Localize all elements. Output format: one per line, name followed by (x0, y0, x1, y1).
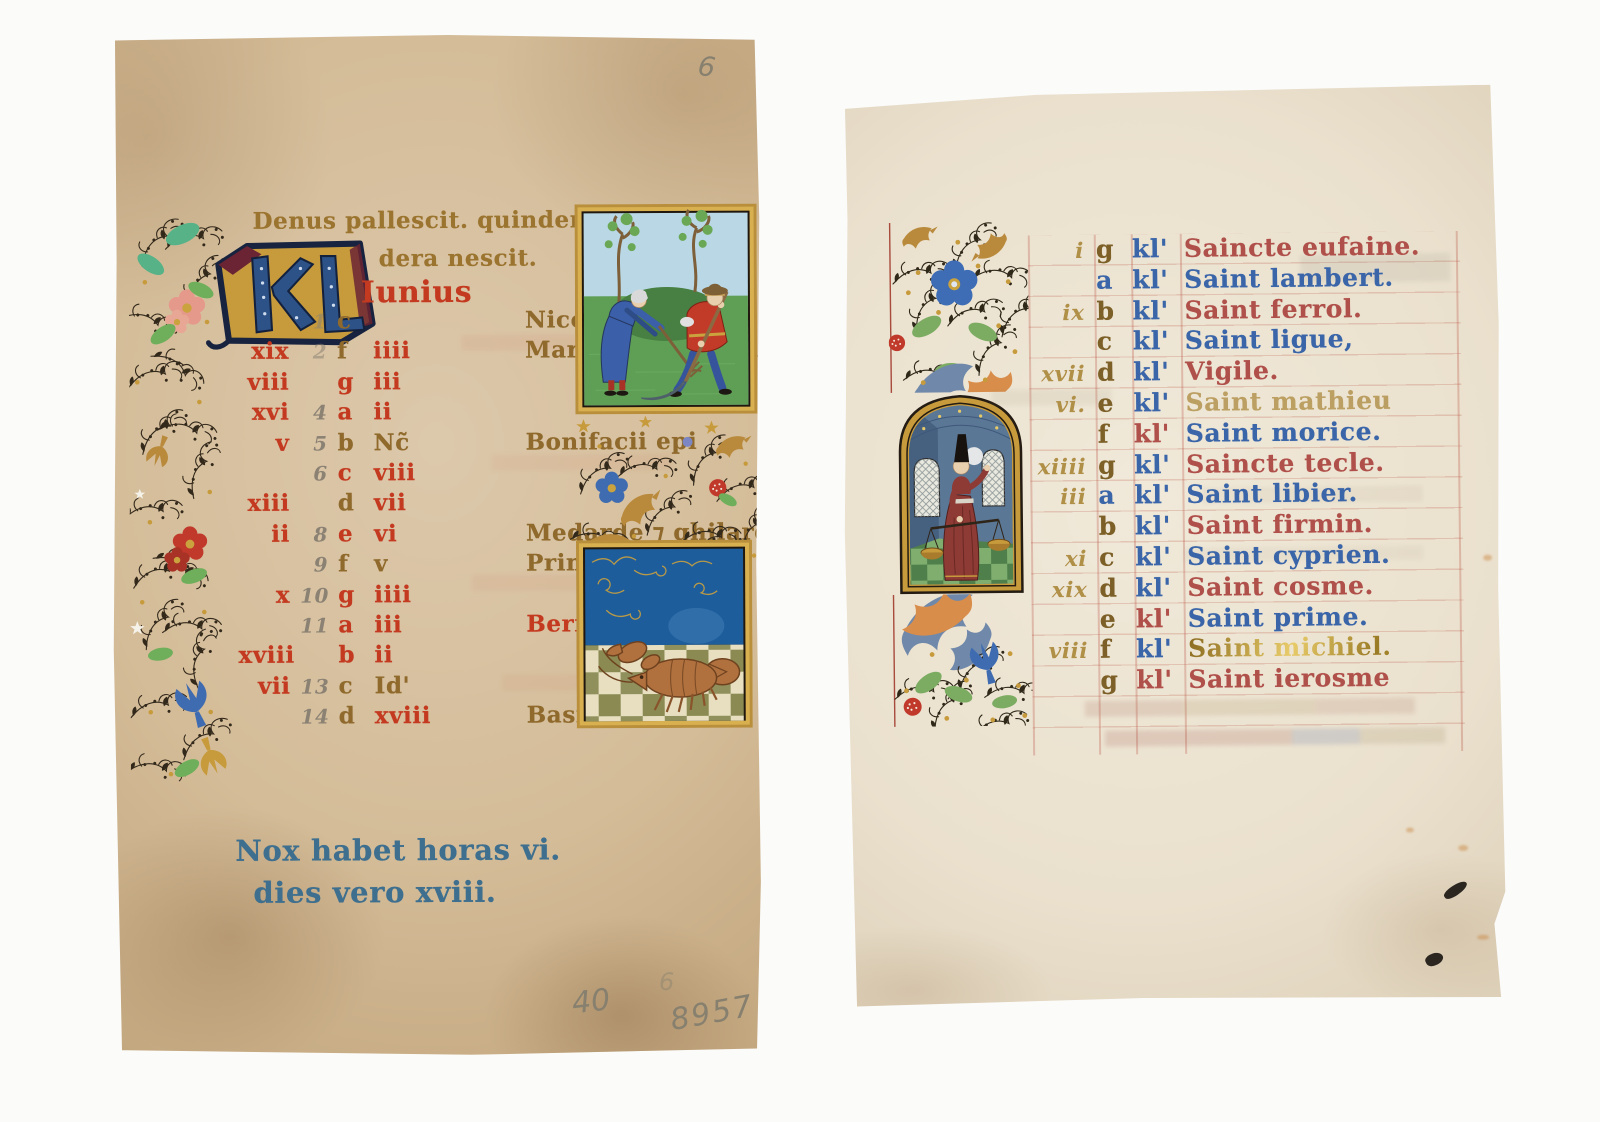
colophon-line2: dies vero xviii. (253, 875, 496, 910)
calendar-cell-kal: iiii (373, 337, 525, 365)
calendar-cell-num (1033, 535, 1099, 536)
pencil-mark-40: 40 (570, 982, 612, 1021)
calendar-cell-dl: e (1100, 604, 1136, 633)
calendar-cell-num: 1 (299, 309, 337, 333)
calendar-row: vi.ekl'Saint mathieu (1031, 385, 1461, 420)
calendar-cell-gn: viii (237, 368, 299, 395)
calendar-row: igkl'Saincte eufaine. (1030, 231, 1460, 266)
calendar-cell-dl: e (1097, 388, 1133, 417)
calendar-cell-gn: x (238, 581, 300, 608)
calendar-cell-dl: b (1096, 296, 1132, 325)
september-calendar-table: igkl'Saincte eufaine.akl'Saint lambert.i… (1030, 231, 1465, 697)
calendar-row: fkl'Saint morice. (1032, 416, 1462, 451)
foxing-spot (1406, 827, 1414, 832)
calendar-cell-feast: Saint libier. (1186, 477, 1462, 509)
calendar-cell-dl: c (1099, 542, 1135, 571)
calendar-cell-kal: viii (374, 459, 526, 487)
calendar-cell-gn: xviii (238, 642, 300, 669)
calendar-cell-kal: iiii (374, 580, 526, 608)
calendar-cell-dl: d (1099, 573, 1135, 602)
calendar-cell-num: 5 (299, 431, 337, 455)
calendar-cell-gn: v (237, 429, 299, 456)
calendar-cell-dl: a (338, 611, 374, 638)
calendar-cell-feast: Saint cyprien. (1187, 539, 1463, 571)
calendar-row: xickl'Saint cyprien. (1033, 539, 1463, 574)
calendar-cell-num: xiiii (1032, 454, 1098, 480)
calendar-cell-kal (373, 328, 525, 329)
calendar-cell-feast: Saint ierosme (1188, 662, 1464, 694)
month-heading: Iunius (361, 275, 473, 310)
calendar-cell-kl: kl' (1135, 542, 1187, 572)
calendar-cell-num (1031, 350, 1097, 351)
calendar-cell-num: xix (1033, 578, 1099, 604)
calendar-cell-dl: b (1099, 512, 1135, 541)
calendar-cell-num: 11 (300, 613, 338, 637)
calendar-cell-kl: kl' (1132, 234, 1184, 264)
calendar-cell-feast: Saint cosme. (1187, 570, 1463, 602)
calendar-cell-dl: d (338, 490, 374, 517)
calendar-cell-dl: g (1096, 234, 1132, 263)
calendar-cell-num: 14 (301, 705, 339, 729)
calendar-cell-dl: f (337, 338, 373, 365)
folio-number-pencil: 6 (696, 51, 717, 84)
ink-speck (1442, 878, 1469, 901)
calendar-row: ekl'Saint prime. (1034, 601, 1464, 636)
calendar-cell-kl: kl' (1132, 265, 1184, 295)
calendar-cell-feast: Saint michiel. (1188, 631, 1464, 663)
calendar-cell-kl: kl' (1134, 449, 1186, 479)
calendar-cell-num: 10 (300, 583, 338, 607)
calendar-cell-feast: Saint morice. (1186, 416, 1462, 448)
calendar-cell-num: vi. (1031, 393, 1097, 419)
left-manuscript-leaf: 6 (110, 34, 764, 1059)
calendar-cell-num: 8 (300, 522, 338, 546)
calendar-cell-dl: g (338, 581, 374, 608)
calendar-cell-kl: kl' (1133, 388, 1185, 418)
calendar-cell-feast: Saincte tecle. (1186, 447, 1462, 479)
calendar-cell-num: 13 (301, 674, 339, 698)
calendar-cell-dl: f (338, 550, 374, 577)
calendar-row: viiifkl'Saint michiel. (1034, 631, 1464, 666)
calendar-row: xviidkl'Vigile. (1031, 354, 1461, 389)
colophon-line1: Nox habet horas vi. (235, 832, 561, 867)
calendar-cell-gn: xvi (237, 399, 299, 426)
calendar-cell-dl: a (337, 398, 373, 425)
calendar-cell-feast: Saincte eufaine. (1184, 231, 1460, 263)
libra-miniature (893, 388, 1028, 597)
calendar-cell-kal: iii (374, 611, 526, 639)
calendar-row: gkl'Saint ierosme (1034, 662, 1464, 697)
calendar-cell-gn: xiii (238, 490, 300, 517)
calendar-cell-num (1034, 627, 1100, 628)
calendar-cell-kal: xviii (375, 702, 527, 730)
right-manuscript-leaf: igkl'Saincte eufaine.akl'Saint lambert.i… (838, 85, 1508, 1009)
calendar-cell-num: i (1030, 239, 1096, 265)
calendar-row: bkl'Saint firmin. (1033, 508, 1463, 543)
calendar-cell-dl: c (337, 307, 373, 334)
calendar-cell-gn: xix (237, 338, 299, 365)
calendar-cell-dl: g (1098, 450, 1134, 479)
egyptian-days-verse-line2: dera nescit. (379, 245, 538, 273)
calendar-cell-dl: a (1096, 265, 1132, 294)
foxing-spot (1483, 555, 1492, 561)
calendar-cell-dl: c (1097, 327, 1133, 356)
calendar-cell-kl: kl' (1134, 480, 1186, 510)
calendar-cell-num: ix (1030, 300, 1096, 326)
pencil-mark-6-faint: 6 (659, 968, 674, 996)
calendar-cell-num: 6 (300, 461, 338, 485)
calendar-cell-num: iii (1032, 485, 1098, 511)
calendar-cell-feast: Saint prime. (1188, 601, 1464, 633)
calendar-cell-num: viii (1034, 639, 1100, 665)
calendar-cell-dl: f (1098, 419, 1134, 448)
calendar-cell-kl: kl' (1135, 511, 1187, 541)
calendar-cell-kal: ii (374, 641, 526, 669)
calendar-row: iiiakl'Saint libier. (1032, 477, 1462, 512)
photograph-of-two-manuscript-leaves: 6 (0, 0, 1600, 1122)
calendar-cell-num: xi (1033, 547, 1099, 573)
calendar-cell-kal: vii (374, 489, 526, 517)
calendar-cell-num: 2 (299, 340, 337, 364)
calendar-cell-dl: c (339, 672, 375, 699)
calendar-cell-kl: kl' (1134, 419, 1186, 449)
calendar-cell-kl: kl' (1132, 295, 1184, 325)
calendar-cell-dl: g (337, 368, 373, 395)
calendar-cell-kl: kl' (1133, 357, 1185, 387)
calendar-cell-dl: g (1100, 666, 1136, 695)
right-border-top (888, 222, 1030, 393)
foxing-spot (1477, 935, 1489, 940)
calendar-cell-num (1032, 443, 1098, 444)
calendar-cell-kl: kl' (1136, 665, 1188, 695)
calendar-cell-kl: kl' (1135, 573, 1187, 603)
cancer-zodiac-miniature (576, 540, 753, 729)
calendar-row: ixbkl'Saint ferrol. (1030, 293, 1460, 328)
calendar-cell-feast: Saint ferrol. (1184, 293, 1460, 325)
calendar-cell-dl: d (1097, 358, 1133, 387)
calendar-cell-kl: kl' (1136, 603, 1188, 633)
calendar-cell-kal: iii (373, 367, 525, 395)
pencil-mark-8957: 8957 (668, 989, 757, 1038)
calendar-cell-dl: f (1100, 635, 1136, 664)
calendar-cell-kal: v (374, 550, 526, 578)
calendar-cell-dl: e (338, 520, 374, 547)
calendar-cell-dl: d (339, 702, 375, 729)
calendar-cell-num: 9 (300, 553, 338, 577)
calendar-cell-kl: kl' (1136, 634, 1188, 664)
calendar-cell-dl: b (338, 642, 374, 669)
calendar-cell-num: 4 (299, 401, 337, 425)
calendar-cell-feast: Saint lambert. (1184, 262, 1460, 294)
calendar-cell-kal: Id' (375, 671, 527, 699)
calendar-cell-feast: Saint firmin. (1187, 508, 1463, 540)
calendar-row: akl'Saint lambert. (1030, 262, 1460, 297)
calendar-cell-feast: Vigile. (1185, 354, 1461, 386)
calendar-row: xixdkl'Saint cosme. (1033, 570, 1463, 605)
calendar-row: xiiiigkl'Saincte tecle. (1032, 447, 1462, 482)
calendar-cell-kal: ii (373, 398, 525, 426)
june-mowing-miniature (575, 204, 758, 415)
calendar-cell-dl: c (338, 459, 374, 486)
calendar-cell-num: xvii (1031, 362, 1097, 388)
right-border-bottom (891, 593, 1032, 726)
calendar-cell-dl: b (337, 429, 373, 456)
ink-speck (1424, 950, 1445, 969)
foxing-spot (1458, 845, 1468, 851)
calendar-cell-gn: ii (238, 520, 300, 547)
calendar-cell-kal: vi (374, 519, 526, 547)
calendar-cell-gn: vii (239, 672, 301, 699)
calendar-cell-feast: Saint ligue, (1185, 323, 1461, 355)
calendar-cell-feast: Saint mathieu (1185, 385, 1461, 417)
calendar-cell-kal: Nc̃ (373, 428, 525, 456)
calendar-row: ckl'Saint ligue, (1031, 323, 1461, 358)
calendar-cell-kl: kl' (1133, 326, 1185, 356)
calendar-cell-dl: a (1098, 481, 1134, 510)
calendar-cell-num (1034, 689, 1100, 690)
calendar-cell-num (1030, 289, 1096, 290)
